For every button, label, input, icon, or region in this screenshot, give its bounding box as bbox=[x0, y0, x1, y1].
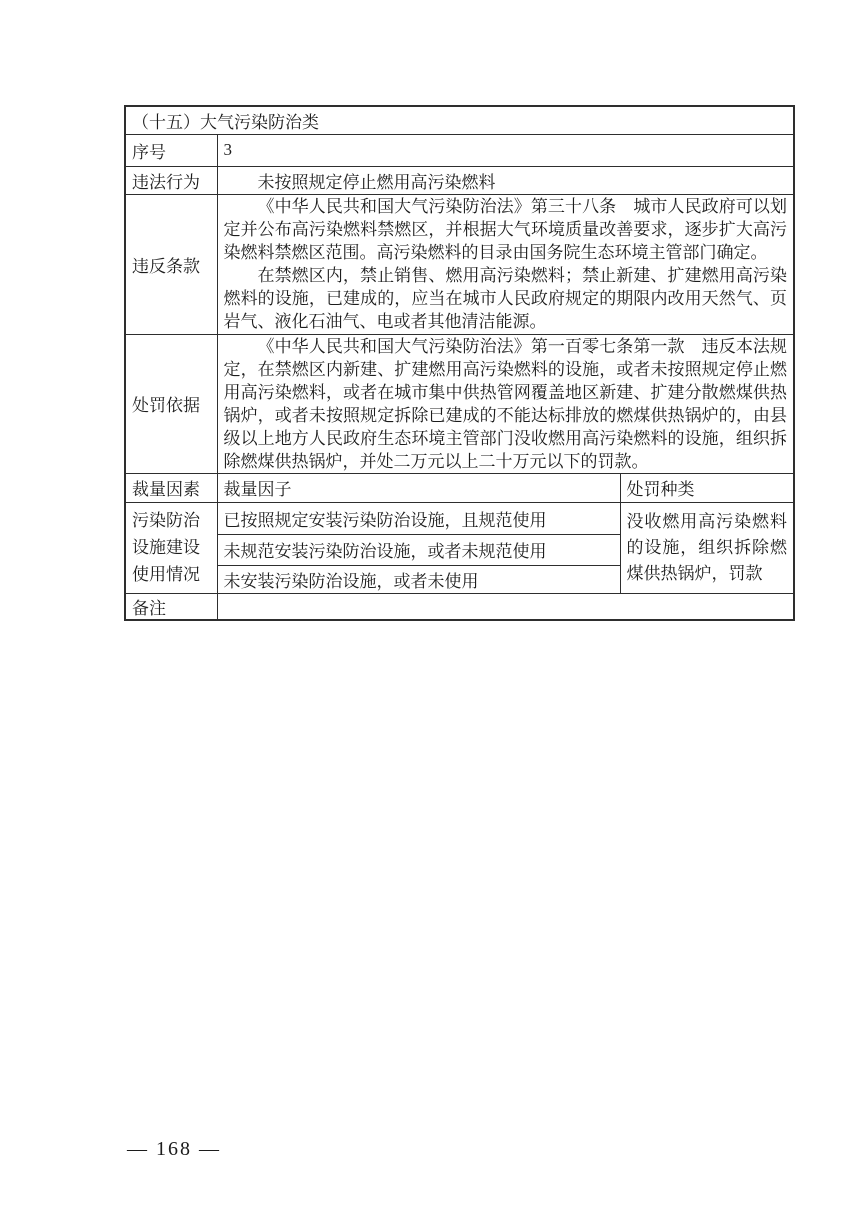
discretion-factor-row: 污染防治设施建设使用情况 已按照规定安装污染防治设施，且规范使用 没收燃用高污染… bbox=[125, 502, 794, 534]
discretion-factor-header: 裁量因子 bbox=[217, 473, 620, 502]
serial-value: 3 bbox=[217, 134, 794, 166]
discretion-category: 污染防治设施建设使用情况 bbox=[125, 502, 217, 593]
remarks-value bbox=[217, 593, 794, 620]
remarks-label: 备注 bbox=[125, 593, 217, 620]
discretion-factor-3: 未安装污染防治设施，或者未使用 bbox=[217, 565, 620, 593]
violation-value: 未按照规定停止燃用高污染燃料 bbox=[217, 166, 794, 194]
clause-content: 《中华人民共和国大气污染防治法》第三十八条 城市人民政府可以划定并公布高污染燃料… bbox=[217, 194, 794, 334]
section-title-row: （十五）大气污染防治类 bbox=[125, 106, 794, 134]
violation-row: 违法行为 未按照规定停止燃用高污染燃料 bbox=[125, 166, 794, 194]
document-page: （十五）大气污染防治类 序号 3 违法行为 未按照规定停止燃用高污染燃料 违反条… bbox=[0, 0, 868, 1227]
clause-row: 违反条款 《中华人民共和国大气污染防治法》第三十八条 城市人民政府可以划定并公布… bbox=[125, 194, 794, 334]
regulation-table: （十五）大气污染防治类 序号 3 违法行为 未按照规定停止燃用高污染燃料 违反条… bbox=[124, 105, 795, 621]
discretion-factor-2: 未规范安装污染防治设施，或者未规范使用 bbox=[217, 534, 620, 565]
clause-paragraph-1: 《中华人民共和国大气污染防治法》第三十八条 城市人民政府可以划定并公布高污染燃料… bbox=[224, 195, 788, 264]
remarks-row: 备注 bbox=[125, 593, 794, 620]
section-title: （十五）大气污染防治类 bbox=[125, 106, 794, 134]
penalty-basis-row: 处罚依据 《中华人民共和国大气污染防治法》第一百零七条第一款 违反本法规定，在禁… bbox=[125, 334, 794, 473]
penalty-basis-paragraph: 《中华人民共和国大气污染防治法》第一百零七条第一款 违反本法规定，在禁燃区内新建… bbox=[224, 335, 788, 473]
clause-paragraph-2: 在禁燃区内，禁止销售、燃用高污染燃料；禁止新建、扩建燃用高污染燃料的设施，已建成… bbox=[224, 264, 788, 333]
penalty-basis-label: 处罚依据 bbox=[125, 334, 217, 473]
page-number: — 168 — bbox=[127, 1138, 221, 1161]
clause-label: 违反条款 bbox=[125, 194, 217, 334]
discretion-header-row: 裁量因素 裁量因子 处罚种类 bbox=[125, 473, 794, 502]
discretion-category-header: 裁量因素 bbox=[125, 473, 217, 502]
violation-label: 违法行为 bbox=[125, 166, 217, 194]
discretion-penalty: 没收燃用高污染燃料的设施，组织拆除燃煤供热锅炉，罚款 bbox=[620, 502, 794, 593]
discretion-factor-1: 已按照规定安装污染防治设施，且规范使用 bbox=[217, 502, 620, 534]
serial-label: 序号 bbox=[125, 134, 217, 166]
serial-row: 序号 3 bbox=[125, 134, 794, 166]
penalty-basis-content: 《中华人民共和国大气污染防治法》第一百零七条第一款 违反本法规定，在禁燃区内新建… bbox=[217, 334, 794, 473]
discretion-penalty-header: 处罚种类 bbox=[620, 473, 794, 502]
